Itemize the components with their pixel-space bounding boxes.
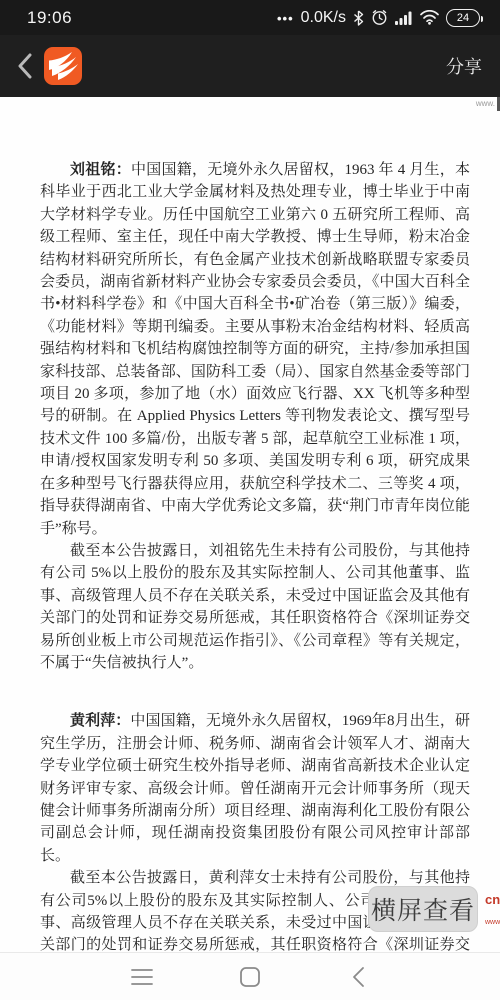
android-nav-bar [0, 952, 500, 1000]
disclosure-paragraph-liuzuming: 截至本公告披露日，刘祖铭先生未持有公司股份，与其他持有公司 5%以上股份的股东及… [40, 540, 470, 674]
landscape-view-button[interactable]: 横屏查看 [368, 886, 478, 932]
recents-menu-button[interactable] [124, 959, 160, 995]
person-name-bold: 刘祖铭： [70, 162, 131, 178]
chevron-left-icon [351, 966, 365, 988]
document-body: 刘祖铭：中国国籍，无境外永久居留权，1963 年 4 月生，本科毕业于西北工业大… [0, 97, 500, 952]
paragraph-text: 中国国籍，无境外永久居留权，1969年8月出生，研究生学历，注册会计师、税务师、… [40, 713, 470, 863]
battery-icon: 24 [446, 9, 480, 27]
network-speed: 0.0K/s [301, 9, 346, 27]
home-button[interactable] [232, 959, 268, 995]
status-bar: 19:06 ••• 0.0K/s [0, 0, 500, 35]
chevron-left-icon [17, 53, 33, 79]
cell-signal-icon [395, 11, 413, 25]
paragraph-text: 中国国籍，无境外永久居留权，1963 年 4 月生，本科毕业于西北工业大学金属材… [40, 162, 470, 537]
cninfo-watermark-line2: www. [485, 919, 500, 927]
share-button[interactable]: 分享 [446, 53, 482, 79]
home-square-icon [239, 966, 261, 988]
person-name-bold: 黄利萍： [70, 713, 130, 729]
bio-paragraph-huangliping: 黄利萍：中国国籍，无境外永久居留权，1969年8月出生，研究生学历，注册会计师、… [40, 710, 470, 867]
cninfo-watermark: cn www. [485, 893, 500, 927]
bluetooth-icon [353, 10, 364, 26]
phone-screen: 19:06 ••• 0.0K/s [0, 0, 500, 1000]
bio-paragraph-liuzuming: 刘祖铭：中国国籍，无境外永久居留权，1963 年 4 月生，本科毕业于西北工业大… [40, 159, 470, 540]
eastmoney-logo-icon[interactable] [44, 47, 82, 85]
app-header: 分享 [0, 35, 500, 97]
clock-time: 19:06 [27, 8, 72, 28]
data-dots-icon: ••• [277, 11, 294, 26]
back-button[interactable] [10, 46, 40, 86]
battery-level: 24 [457, 12, 469, 24]
nav-back-button[interactable] [340, 959, 376, 995]
wifi-icon [420, 10, 439, 25]
paragraph-text: 截至本公告披露日，刘祖铭先生未持有公司股份，与其他持有公司 5%以上股份的股东及… [40, 543, 470, 671]
alarm-clock-icon [371, 9, 388, 26]
top-watermark: www. [476, 99, 495, 108]
document-page[interactable]: www. 刘祖铭：中国国籍，无境外永久居留权，1963 年 4 月生，本科毕业于… [0, 97, 500, 952]
cninfo-watermark-line1: cn [485, 893, 500, 907]
menu-icon [130, 968, 154, 986]
